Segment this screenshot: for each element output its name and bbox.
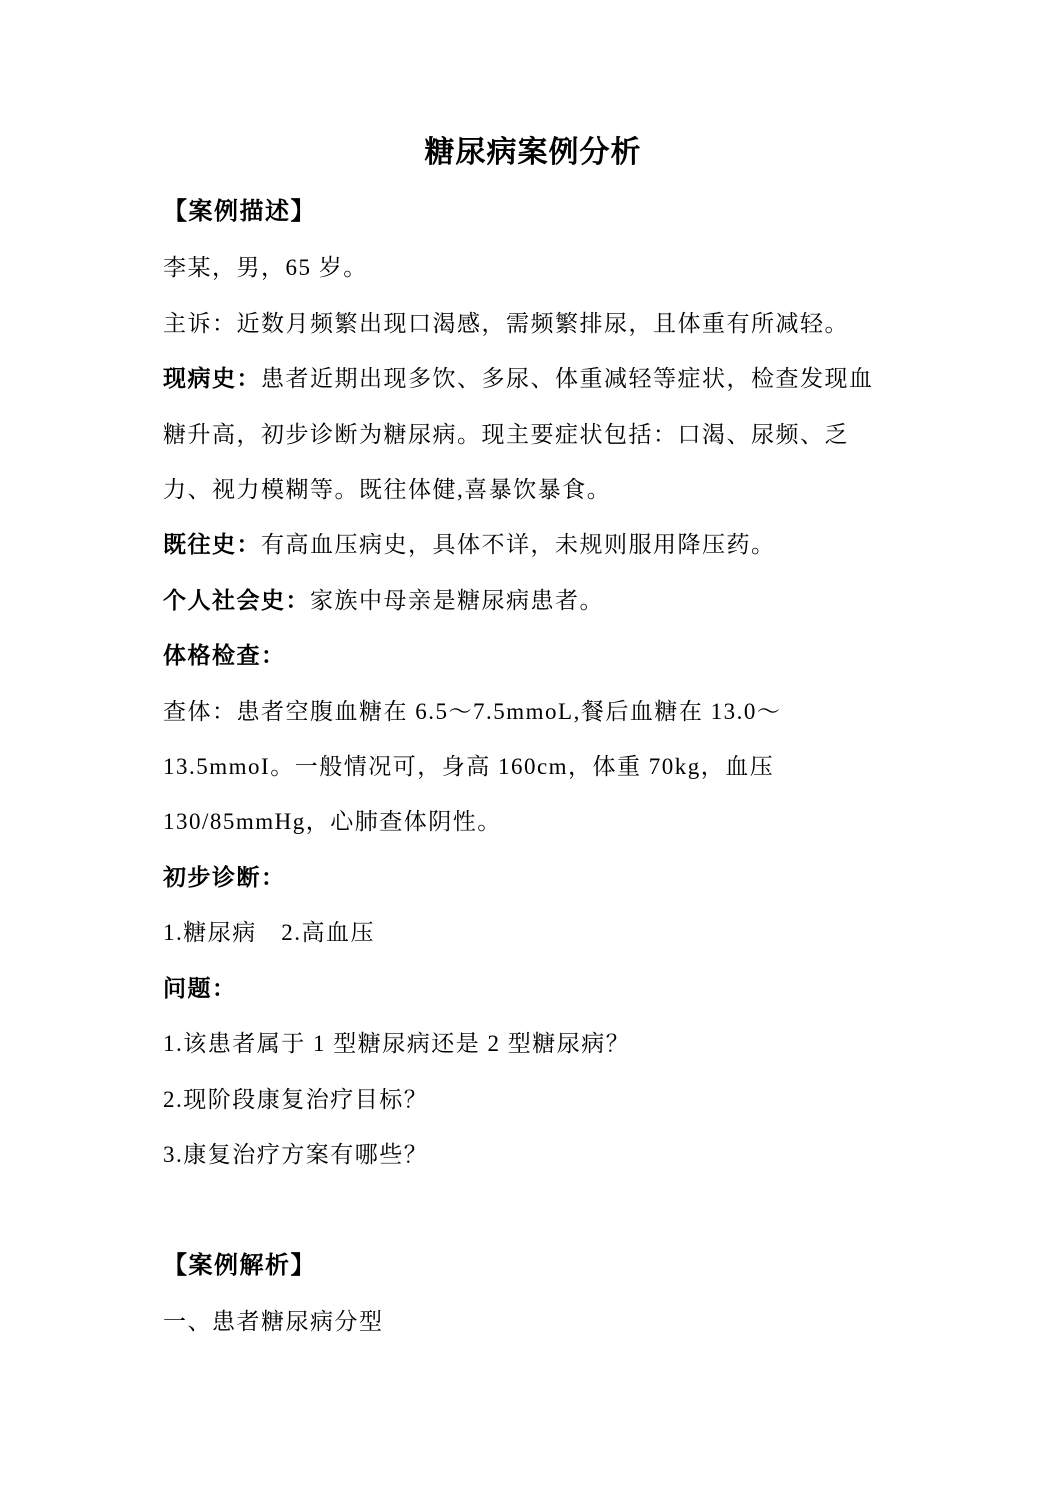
questions-heading: 问题： bbox=[163, 961, 903, 1016]
past-history-text: 有高血压病史，具体不详，未规则服用降压药。 bbox=[261, 532, 776, 557]
blank-line bbox=[163, 1182, 903, 1237]
document-title: 糖尿病案例分析 bbox=[163, 122, 903, 184]
preliminary-diagnosis-text: 1.糖尿病 2.高血压 bbox=[163, 920, 375, 945]
past-history-label: 既往史： bbox=[163, 532, 261, 557]
question-1-line: 1.该患者属于 1 型糖尿病还是 2 型糖尿病？ bbox=[163, 1016, 903, 1071]
present-illness-line-2: 糖升高，初步诊断为糖尿病。现主要症状包括：口渴、尿频、乏 bbox=[163, 407, 903, 462]
analysis-item-1-text: 一、患者糖尿病分型 bbox=[163, 1309, 384, 1334]
question-3-line: 3.康复治疗方案有哪些？ bbox=[163, 1127, 903, 1182]
present-illness-text-3: 力、视力模糊等。既往体健,喜暴饮暴食。 bbox=[163, 477, 611, 502]
physical-exam-paragraph: 查体：患者空腹血糖在 6.5～7.5mmoL,餐后血糖在 13.0～ 13.5m… bbox=[163, 684, 903, 850]
personal-social-history-line: 个人社会史：家族中母亲是糖尿病患者。 bbox=[163, 573, 903, 628]
chief-complaint-text: 主诉：近数月频繁出现口渴感，需频繁排尿，且体重有所减轻。 bbox=[163, 311, 849, 336]
question-2-text: 2.现阶段康复治疗目标？ bbox=[163, 1087, 428, 1112]
question-1-text: 1.该患者属于 1 型糖尿病还是 2 型糖尿病？ bbox=[163, 1031, 630, 1056]
physical-exam-text-2: 13.5mmoI。一般情况可，身高 160cm，体重 70kg，血压 bbox=[163, 754, 774, 779]
physical-exam-text-3: 130/85mmHg，心肺查体阴性。 bbox=[163, 809, 502, 834]
present-illness-text-2: 糖升高，初步诊断为糖尿病。现主要症状包括：口渴、尿频、乏 bbox=[163, 422, 849, 447]
present-illness-paragraph: 现病史：患者近期出现多饮、多尿、体重减轻等症状，检查发现血 糖升高，初步诊断为糖… bbox=[163, 351, 903, 517]
personal-social-history-text: 家族中母亲是糖尿病患者。 bbox=[310, 588, 604, 613]
case-description-heading: 【案例描述】 bbox=[163, 184, 903, 240]
present-illness-label: 现病史： bbox=[163, 366, 261, 391]
case-analysis-heading-text: 【案例解析】 bbox=[163, 1253, 316, 1279]
question-3-text: 3.康复治疗方案有哪些？ bbox=[163, 1142, 428, 1167]
physical-exam-line-3: 130/85mmHg，心肺查体阴性。 bbox=[163, 794, 903, 849]
personal-social-history-label: 个人社会史： bbox=[163, 588, 310, 613]
physical-exam-text-1: 查体：患者空腹血糖在 6.5～7.5mmoL,餐后血糖在 13.0～ bbox=[163, 699, 781, 724]
patient-info-text: 李某，男，65 岁。 bbox=[163, 255, 368, 280]
preliminary-diagnosis-heading-text: 初步诊断： bbox=[163, 865, 286, 890]
physical-exam-line-1: 查体：患者空腹血糖在 6.5～7.5mmoL,餐后血糖在 13.0～ bbox=[163, 684, 903, 739]
question-2-line: 2.现阶段康复治疗目标？ bbox=[163, 1072, 903, 1127]
analysis-item-1-line: 一、患者糖尿病分型 bbox=[163, 1294, 903, 1349]
present-illness-line-1: 现病史：患者近期出现多饮、多尿、体重减轻等症状，检查发现血 bbox=[163, 351, 903, 406]
chief-complaint-line: 主诉：近数月频繁出现口渴感，需频繁排尿，且体重有所减轻。 bbox=[163, 296, 903, 351]
physical-exam-line-2: 13.5mmoI。一般情况可，身高 160cm，体重 70kg，血压 bbox=[163, 739, 903, 794]
present-illness-text-1: 患者近期出现多饮、多尿、体重减轻等症状，检查发现血 bbox=[261, 366, 874, 391]
patient-info-line: 李某，男，65 岁。 bbox=[163, 240, 903, 295]
questions-heading-text: 问题： bbox=[163, 976, 237, 1001]
case-description-heading-text: 【案例描述】 bbox=[163, 199, 316, 225]
present-illness-line-3: 力、视力模糊等。既往体健,喜暴饮暴食。 bbox=[163, 462, 903, 517]
case-analysis-heading: 【案例解析】 bbox=[163, 1238, 903, 1294]
past-history-line: 既往史：有高血压病史，具体不详，未规则服用降压药。 bbox=[163, 517, 903, 572]
preliminary-diagnosis-heading: 初步诊断： bbox=[163, 850, 903, 905]
physical-exam-heading: 体格检查： bbox=[163, 628, 903, 683]
preliminary-diagnosis-line: 1.糖尿病 2.高血压 bbox=[163, 905, 903, 960]
physical-exam-heading-text: 体格检查： bbox=[163, 643, 286, 668]
document-page: 糖尿病案例分析 【案例描述】 李某，男，65 岁。 主诉：近数月频繁出现口渴感，… bbox=[0, 0, 1059, 1497]
